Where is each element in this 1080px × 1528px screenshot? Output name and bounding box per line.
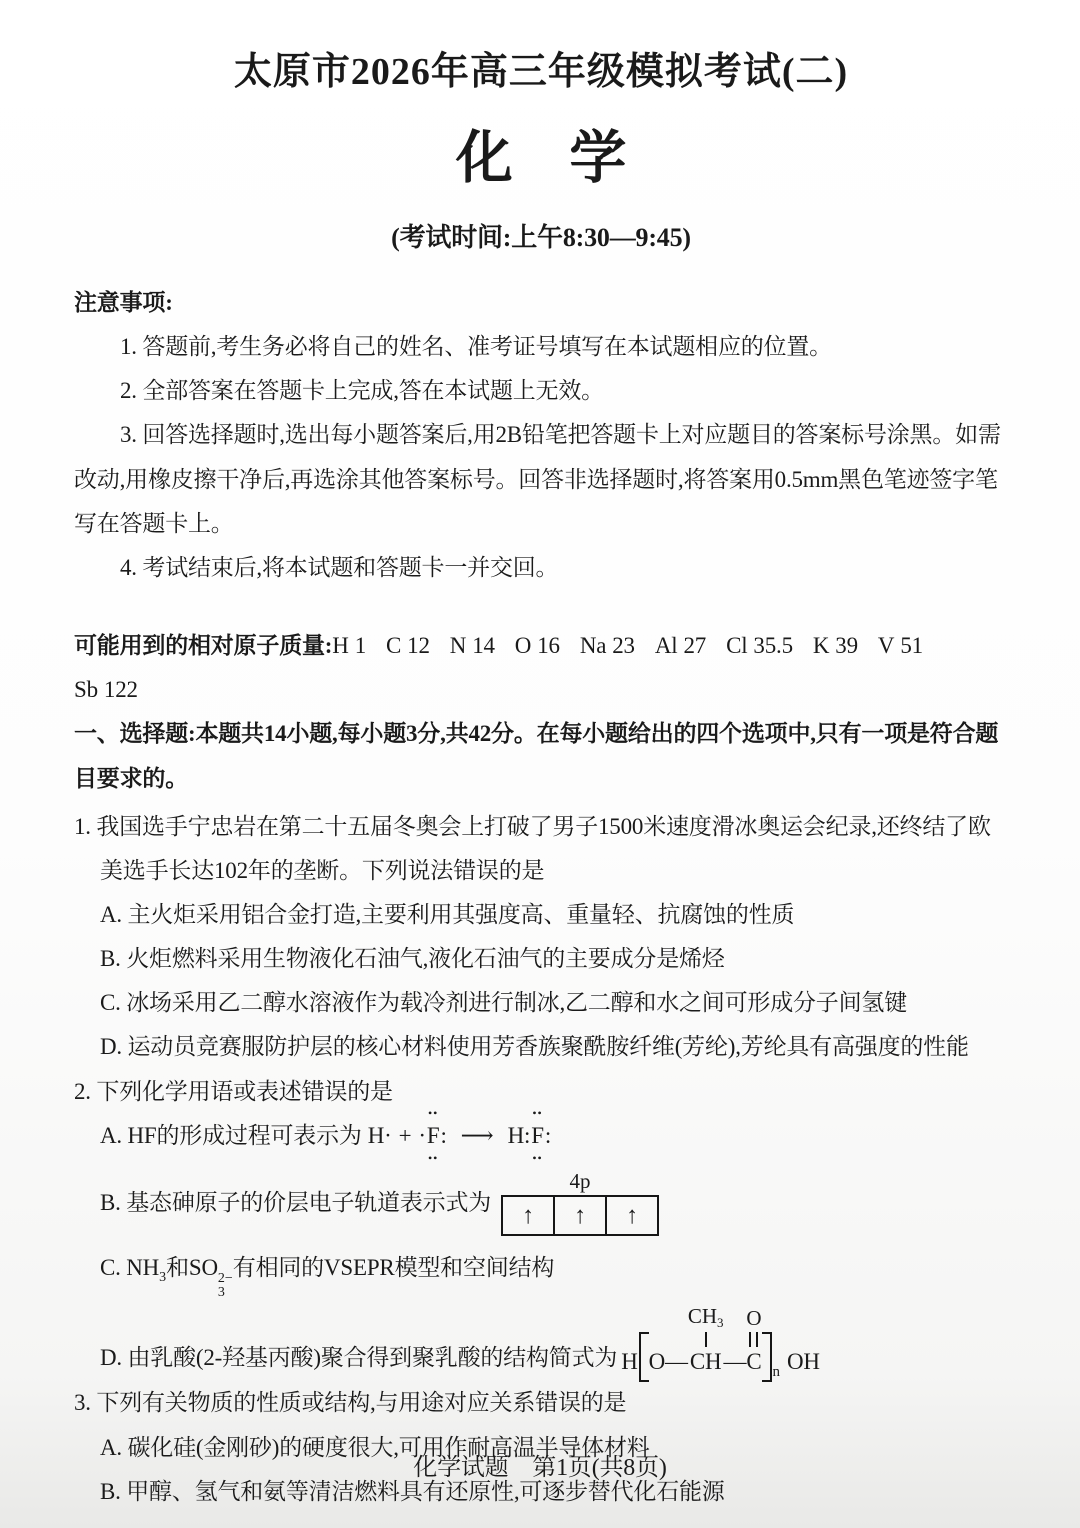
- carbonyl-oxygen: O: [746, 1308, 761, 1329]
- f-left-dot: ·: [418, 1123, 425, 1148]
- section-heading: 一、选择题:本题共14小题,每小题3分,共42分。在每小题给出的四个选项中,只有…: [74, 712, 1008, 800]
- element-mass: 122: [104, 677, 138, 702]
- orbital-box: ↑: [605, 1195, 659, 1236]
- question-2-option-d: D. 由乳酸(2-羟基丙酸)聚合得到聚乳酸的结构简式为 H O — CH3 CH…: [74, 1306, 1008, 1375]
- ion-superscript: 2−: [218, 1272, 233, 1286]
- h-symbol: H: [508, 1123, 524, 1148]
- notes-list: 1. 答题前,考生务必将自己的姓名、准考证号填写在本试题相应的位置。2. 全部答…: [74, 325, 1008, 590]
- element-symbol: N: [450, 633, 466, 658]
- subject-title: 化 学: [74, 126, 1008, 192]
- fluorine-symbol: F: [427, 1123, 440, 1148]
- ch-column: CH3 CH: [688, 1306, 724, 1375]
- option-line: D. 运动员竞赛服防护层的核心材料使用芳香族聚酰胺纤维(芳纶),芳纶具有高强度的…: [74, 1025, 1008, 1069]
- option-line: B. 火炬燃料采用生物液化石油气,液化石油气的主要成分是烯烃: [74, 937, 1008, 981]
- dots-above: ••: [428, 1107, 438, 1119]
- element-mass: 35.5: [753, 633, 792, 658]
- double-bond: [749, 1332, 758, 1347]
- carbonyl-column: O C: [746, 1308, 761, 1375]
- element-mass: 12: [407, 633, 430, 658]
- note-item: 3. 回答选择题时,选出每小题答案后,用2B铅笔把答题卡上对应题目的答案标号涂黑…: [74, 413, 1008, 545]
- ch-group: CH: [690, 1349, 722, 1375]
- atomic-mass-item: N14: [450, 624, 495, 668]
- carbonyl-carbon: C: [746, 1349, 761, 1375]
- element-mass: 16: [537, 633, 560, 658]
- element-mass: 39: [835, 633, 858, 658]
- single-bond: [705, 1332, 707, 1347]
- element-symbol: Na: [580, 633, 606, 658]
- question-1-options: A. 主火炬采用铝合金打造,主要利用其强度高、重量轻、抗腐蚀的性质B. 火炬燃料…: [74, 893, 1008, 1070]
- bond-dash: —: [724, 1349, 747, 1375]
- atomic-mass-item: V51: [878, 624, 923, 668]
- orbital-boxes: ↑↑↑: [501, 1195, 659, 1236]
- atomic-mass-item: H1: [332, 624, 366, 668]
- oxygen-atom: O: [649, 1349, 665, 1375]
- element-mass: 51: [900, 633, 923, 658]
- question-1-stem: 1. 我国选手宁忠岩在第二十五届冬奥会上打破了男子1500米速度滑冰奥运会纪录,…: [74, 805, 1008, 893]
- exam-page: 太原市2026年高三年级模拟考试(二) 化 学 (考试时间:上午8:30—9:4…: [0, 0, 1080, 1514]
- bond-dash: —: [665, 1349, 688, 1375]
- orbital-label: 4p: [570, 1170, 591, 1193]
- orbital-box: ↑: [501, 1195, 555, 1236]
- element-mass: 1: [355, 633, 366, 658]
- atomic-masses-line: 可能用到的相对原子质量:H1C12N14O16Na23Al27Cl35.5K39…: [74, 624, 1008, 712]
- page-footer: 化学试题 第1页(共8页): [0, 1453, 1080, 1484]
- note-item: 1. 答题前,考生务必将自己的姓名、准考证号填写在本试题相应的位置。: [74, 325, 1008, 369]
- nh3-subscript: 3: [159, 1270, 166, 1285]
- element-symbol: H: [332, 633, 348, 658]
- f-right-pair: :: [545, 1123, 551, 1148]
- note-item: 2. 全部答案在答题卡上完成,答在本试题上无效。: [74, 369, 1008, 413]
- question-3-stem: 3. 下列有关物质的性质或结构,与用途对应关系错误的是: [74, 1381, 1008, 1425]
- dots-below: ••: [428, 1152, 438, 1164]
- repeat-subscript-n: n: [773, 1364, 781, 1381]
- option-a-text: A. HF的形成过程可表示为: [100, 1123, 362, 1148]
- up-arrow: ↑: [574, 1204, 586, 1228]
- element-mass: 27: [683, 633, 706, 658]
- atomic-mass-item: C12: [386, 624, 430, 668]
- orbital-box: ↑: [553, 1195, 607, 1236]
- sulfite-charge-stack: 2−3: [218, 1272, 233, 1300]
- element-symbol: V: [878, 633, 894, 658]
- element-mass: 23: [612, 633, 635, 658]
- methyl-text: CH: [688, 1304, 717, 1328]
- lewis-structure: H·+·••F••:⟶H:••F••:: [368, 1114, 551, 1158]
- element-symbol: Al: [655, 633, 678, 658]
- atomic-masses-label: 可能用到的相对原子质量:: [74, 633, 332, 658]
- element-symbol: C: [386, 633, 401, 658]
- orbital-box-diagram: 4p ↑↑↑: [501, 1170, 659, 1236]
- option-line: A. 主火炬采用铝合金打造,主要利用其强度高、重量轻、抗腐蚀的性质: [74, 893, 1008, 937]
- plus-sign: +: [399, 1123, 412, 1148]
- atomic-mass-item: K39: [813, 624, 858, 668]
- option-c-pre: C. NH: [100, 1255, 159, 1280]
- fluorine-symbol: F: [531, 1123, 544, 1148]
- option-line: C. 冰场采用乙二醇水溶液作为载冷剂进行制冰,乙二醇和水之间可形成分子间氢键: [74, 981, 1008, 1025]
- question-2-option-c: C. NH3和SO2−3有相同的VSEPR模型和空间结构: [74, 1246, 1008, 1300]
- question-2-option-b: B. 基态砷原子的价层电子轨道表示式为 4p ↑↑↑: [74, 1170, 1008, 1236]
- methyl-group: CH3: [688, 1306, 724, 1329]
- option-b-text: B. 基态砷原子的价层电子轨道表示式为: [100, 1181, 491, 1225]
- polylactic-acid-structure: H O — CH3 CH — O C n OH: [621, 1306, 820, 1375]
- reaction-arrow: ⟶: [461, 1123, 494, 1148]
- element-symbol: O: [515, 633, 531, 658]
- ion-subscript: 3: [218, 1286, 225, 1300]
- methyl-subscript: 3: [717, 1315, 724, 1330]
- note-item: 4. 考试结束后,将本试题和答题卡一并交回。: [74, 546, 1008, 590]
- atomic-mass-item: Sb122: [74, 668, 138, 712]
- element-symbol: Sb: [74, 677, 98, 702]
- element-mass: 14: [472, 633, 495, 658]
- terminal-oh: OH: [787, 1349, 820, 1375]
- question-2-option-a: A. HF的形成过程可表示为H·+·••F••:⟶H:••F••:: [74, 1114, 1008, 1158]
- element-symbol: Cl: [726, 633, 747, 658]
- option-c-mid: 和SO: [166, 1255, 218, 1280]
- atomic-mass-item: Cl35.5: [726, 624, 793, 668]
- page-title: 太原市2026年高三年级模拟考试(二): [74, 50, 1008, 96]
- up-arrow: ↑: [522, 1204, 534, 1228]
- option-d-text: D. 由乳酸(2-羟基丙酸)聚合得到聚乳酸的结构简式为: [100, 1340, 617, 1376]
- fluorine-with-lone-pairs: ••F••: [530, 1114, 545, 1158]
- fluorine-with-lone-pairs: ••F••: [426, 1114, 441, 1158]
- atomic-mass-item: O16: [515, 624, 560, 668]
- h-radical: H·: [368, 1123, 392, 1148]
- right-bracket: [762, 1332, 772, 1382]
- notes-heading: 注意事项:: [74, 281, 1008, 325]
- terminal-h: H: [621, 1349, 637, 1375]
- dots-above: ••: [532, 1107, 542, 1119]
- atomic-mass-item: Al27: [655, 624, 706, 668]
- left-bracket: [639, 1332, 649, 1382]
- dots-below: ••: [532, 1152, 542, 1164]
- option-c-post: 有相同的VSEPR模型和空间结构: [233, 1255, 554, 1280]
- element-symbol: K: [813, 633, 829, 658]
- exam-time: (考试时间:上午8:30—9:45): [74, 221, 1008, 255]
- atomic-mass-item: Na23: [580, 624, 635, 668]
- up-arrow: ↑: [626, 1204, 638, 1228]
- f-right-pair: :: [440, 1123, 446, 1148]
